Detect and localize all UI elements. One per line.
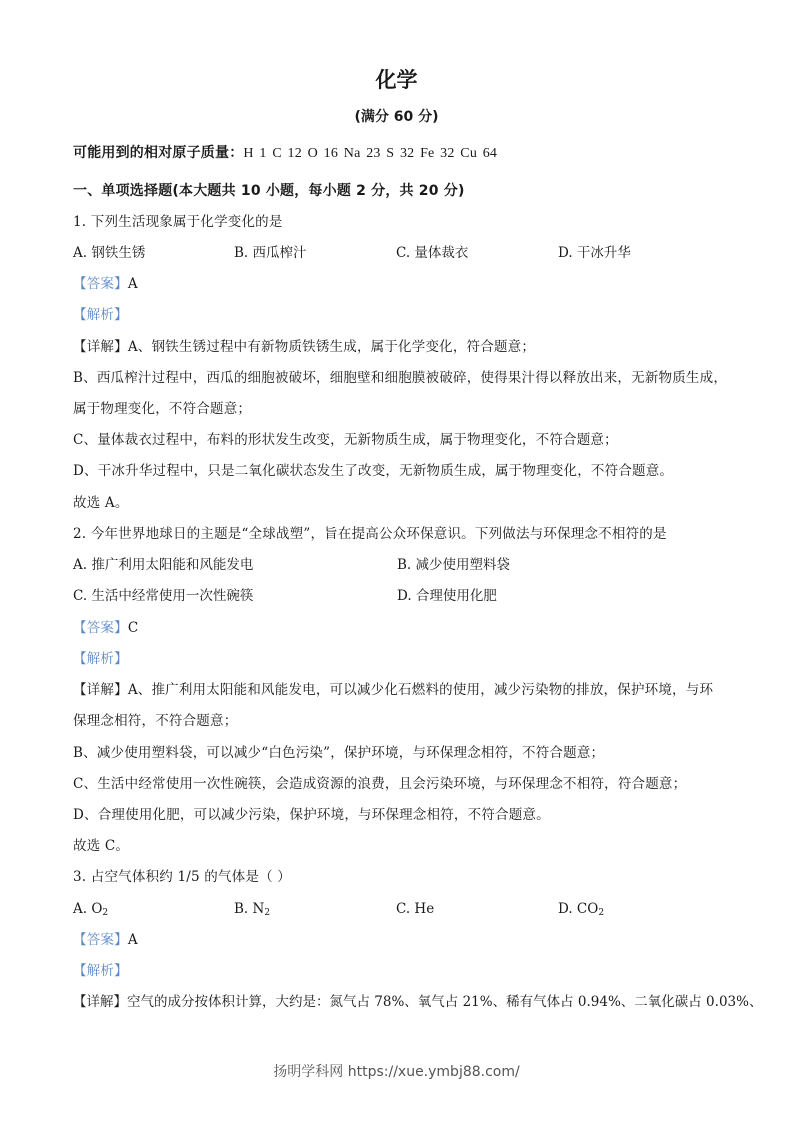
page-subtitle: (满分 60 分): [0, 107, 793, 127]
detail-label: 【详解】: [73, 994, 127, 1010]
question-3-analysis-label: 【解析】: [73, 962, 128, 980]
question-1-option-b: B. 西瓜榨汁: [234, 244, 307, 262]
question-2-detail-line-3: B、减少使用塑料袋，可以减少“白色污染”，保护环境，与环保理念相符，不符合题意；: [73, 744, 604, 762]
answer-value: C: [128, 620, 139, 636]
question-1-option-c: C. 量体裁衣: [396, 244, 468, 262]
answer-value: A: [128, 932, 138, 948]
question-1-stem: 1. 下列生活现象属于化学变化的是: [73, 213, 283, 231]
answer-value: A: [128, 276, 138, 292]
question-3-option-a: A. O2: [73, 900, 108, 918]
detail-text: 空气的成分按体积计算，大约是：氮气占 78%、氧气占 21%、稀有气体占 0.9…: [127, 994, 762, 1010]
answer-label: 【答案】: [73, 276, 128, 292]
question-2-detail-line-5: D、合理使用化肥，可以减少污染，保护环境，与环保理念相符，不符合题意。: [73, 806, 550, 824]
question-1-detail-line-1: 【详解】A、钢铁生锈过程中有新物质铁锈生成，属于化学变化，符合题意；: [73, 338, 535, 356]
question-1-option-a: A. 钢铁生锈: [73, 244, 145, 262]
question-3-option-b: B. N2: [234, 900, 270, 918]
option-text: C. He: [396, 901, 434, 917]
option-text: B. N: [234, 901, 264, 917]
question-1-analysis-label: 【解析】: [73, 306, 128, 324]
question-1-detail-line-3: 属于物理变化，不符合题意；: [73, 400, 251, 418]
page-title: 化学: [0, 67, 793, 93]
question-2-option-c: C. 生活中经常使用一次性碗筷: [73, 587, 253, 605]
question-1-detail-line-2: B、西瓜榨汁过程中，西瓜的细胞被破坏，细胞壁和细胞膜被破碎，使得果汁得以释放出来…: [73, 369, 727, 387]
question-2-conclusion: 故选 C。: [73, 837, 129, 855]
subscript: 2: [598, 908, 604, 918]
question-1-detail-line-4: C、量体裁衣过程中，布料的形状发生改变，无新物质生成，属于物理变化，不符合题意；: [73, 431, 618, 449]
question-2-option-b: B. 减少使用塑料袋: [397, 556, 510, 574]
question-2-detail-line-1: 【详解】A、推广利用太阳能和风能发电，可以减少化石燃料的使用，减少污染物的排放，…: [73, 681, 713, 699]
question-3-option-c: C. He: [396, 900, 434, 918]
subscript: 2: [102, 908, 108, 918]
detail-label: 【详解】: [73, 682, 128, 698]
atomic-mass-line: 可能用到的相对原子质量：H 1 C 12 O 16 Na 23 S 32 Fe …: [73, 144, 497, 163]
atomic-mass-label: 可能用到的相对原子质量：: [73, 145, 243, 161]
document-page: 化学 (满分 60 分) 可能用到的相对原子质量：H 1 C 12 O 16 N…: [0, 0, 793, 1122]
detail-text: A、推广利用太阳能和风能发电，可以减少化石燃料的使用，减少污染物的排放，保护环境…: [128, 682, 713, 698]
detail-label: 【详解】: [73, 339, 128, 355]
question-2-detail-line-2: 保理念相符，不符合题意；: [73, 712, 237, 730]
subscript: 2: [264, 908, 270, 918]
answer-label: 【答案】: [73, 932, 128, 948]
question-2-stem: 2. 今年世界地球日的主题是“全球战塑”，旨在提高公众环保意识。下列做法与环保理…: [73, 525, 667, 543]
section-heading: 一、单项选择题(本大题共 10 小题，每小题 2 分，共 20 分): [73, 182, 465, 200]
question-3-detail-line-1: 【详解】空气的成分按体积计算，大约是：氮气占 78%、氧气占 21%、稀有气体占…: [73, 993, 762, 1011]
atomic-mass-values: H 1 C 12 O 16 Na 23 S 32 Fe 32 Cu 64: [243, 146, 497, 161]
answer-label: 【答案】: [73, 620, 128, 636]
question-3-answer: 【答案】A: [73, 931, 138, 949]
option-text: A. O: [73, 901, 102, 917]
option-text: D. CO: [558, 901, 598, 917]
question-3-stem: 3. 占空气体积约 1/5 的气体是（ ）: [73, 868, 291, 886]
question-3-option-d: D. CO2: [558, 900, 604, 918]
detail-text: A、钢铁生锈过程中有新物质铁锈生成，属于化学变化，符合题意；: [128, 339, 535, 355]
question-1-answer: 【答案】A: [73, 275, 138, 293]
question-2-answer: 【答案】C: [73, 619, 138, 637]
question-2-analysis-label: 【解析】: [73, 650, 128, 668]
question-1-detail-line-5: D、干冰升华过程中，只是二氧化碳状态发生了改变，无新物质生成，属于物理变化，不符…: [73, 462, 673, 480]
question-2-detail-line-4: C、生活中经常使用一次性碗筷，会造成资源的浪费，且会污染环境，与环保理念不相符，…: [73, 775, 686, 793]
question-2-option-a: A. 推广利用太阳能和风能发电: [73, 556, 253, 574]
question-1-conclusion: 故选 A。: [73, 494, 129, 512]
question-2-option-d: D. 合理使用化肥: [397, 587, 497, 605]
footer-watermark: 扬明学科网 https://xue.ymbj88.com/: [0, 1063, 793, 1081]
question-1-option-d: D. 干冰升华: [558, 244, 631, 262]
